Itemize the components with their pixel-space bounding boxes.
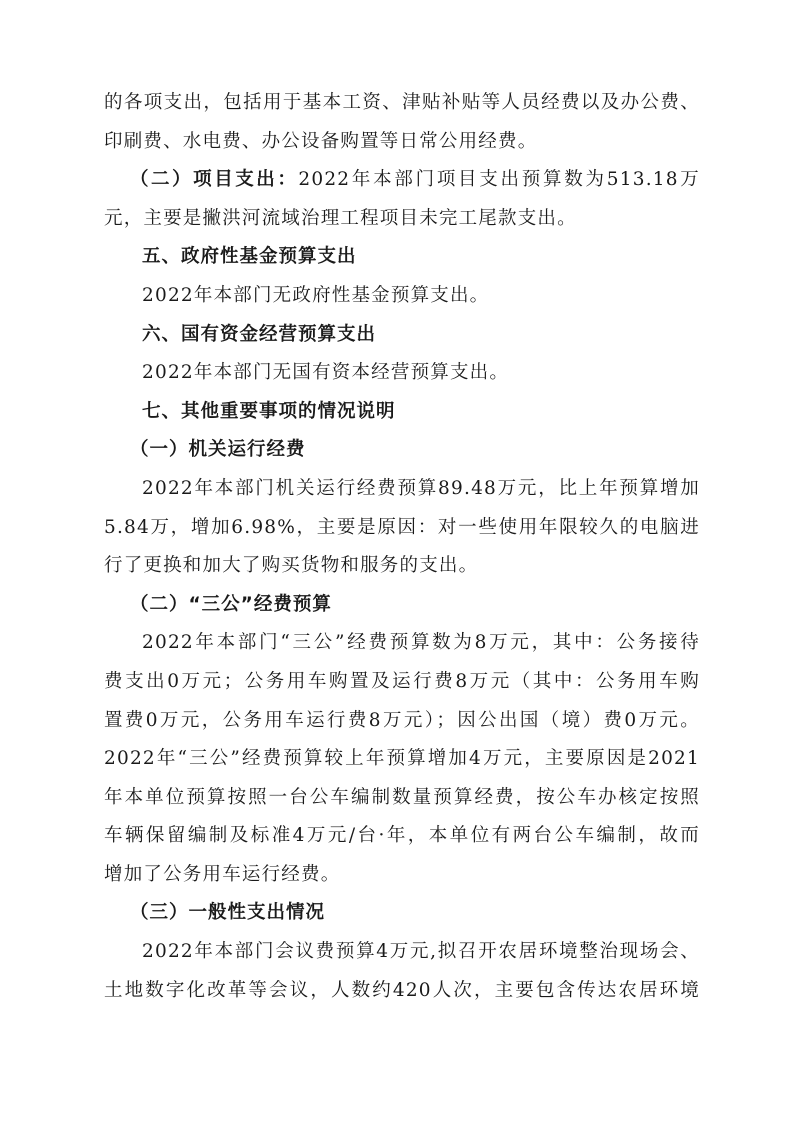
paragraph-line: 元，主要是撇洪河流域治理工程项目未完工尾款支出。 <box>104 200 704 239</box>
heading-gov-fund: 五、政府性基金预算支出 <box>104 238 704 277</box>
paragraph-line: 2022年本部门无国有资本经营预算支出。 <box>104 354 704 393</box>
paragraph-line: 2022年本部门机关运行经费预算89.48万元，比上年预算增加 <box>104 470 700 509</box>
paragraph-line: 5.84万，增加6.98%，主要是原因：对一些使用年限较久的电脑进 <box>104 509 700 548</box>
paragraph-line: 2022年本部门会议费预算4万元,拟召开农居环境整治现场会、 <box>104 933 700 972</box>
paragraph-line: 置费0万元，公务用车运行费8万元）；因公出国（境）费0万元。 <box>104 702 700 741</box>
paragraph-line: 2022年本部门无政府性基金预算支出。 <box>104 277 704 316</box>
heading-other-matters: 七、其他重要事项的情况说明 <box>104 393 704 432</box>
paragraph-line: 土地数字化改革等会议，人数约420人次，主要包含传达农居环境 <box>104 972 700 1011</box>
heading-state-capital: 六、国有资金经营预算支出 <box>104 316 704 355</box>
subheading-operating-expense: （一）机关运行经费 <box>104 431 704 470</box>
paragraph-line: 印刷费、水电费、办公设备购置等日常公用经费。 <box>104 123 704 162</box>
paragraph-line: 年本单位预算按照一台公车编制数量预算经费，按公车办核定按照 <box>104 779 700 818</box>
paragraph-line: 增加了公务用车运行经费。 <box>104 856 704 895</box>
paragraph-line: 2022年本部门“三公”经费预算数为8万元，其中：公务接待 <box>104 624 700 663</box>
project-expense-line: （二）项目支出：2022年本部门项目支出预算数为513.18万 <box>104 161 700 200</box>
paragraph-line: 的各项支出，包括用于基本工资、津贴补贴等人员经费以及办公费、 <box>104 84 700 123</box>
document-page: 的各项支出，包括用于基本工资、津贴补贴等人员经费以及办公费、 印刷费、水电费、办… <box>104 84 704 1010</box>
paragraph-line: 车辆保留编制及标准4万元/台·年，本单位有两台公车编制，故而 <box>104 817 700 856</box>
paragraph-line: 行了更换和加大了购买货物和服务的支出。 <box>104 547 704 586</box>
subheading-three-public: （二）“三公”经费预算 <box>104 586 704 625</box>
paragraph-text: 2022年本部门项目支出预算数为513.18万 <box>298 169 700 190</box>
section-label-project-expense: （二）项目支出： <box>130 169 298 190</box>
paragraph-line: 2022年“三公”经费预算较上年预算增加4万元，主要原因是2021 <box>104 740 700 779</box>
paragraph-line: 费支出0万元；公务用车购置及运行费8万元（其中：公务用车购 <box>104 663 700 702</box>
subheading-general-expense: （三）一般性支出情况 <box>104 894 704 933</box>
